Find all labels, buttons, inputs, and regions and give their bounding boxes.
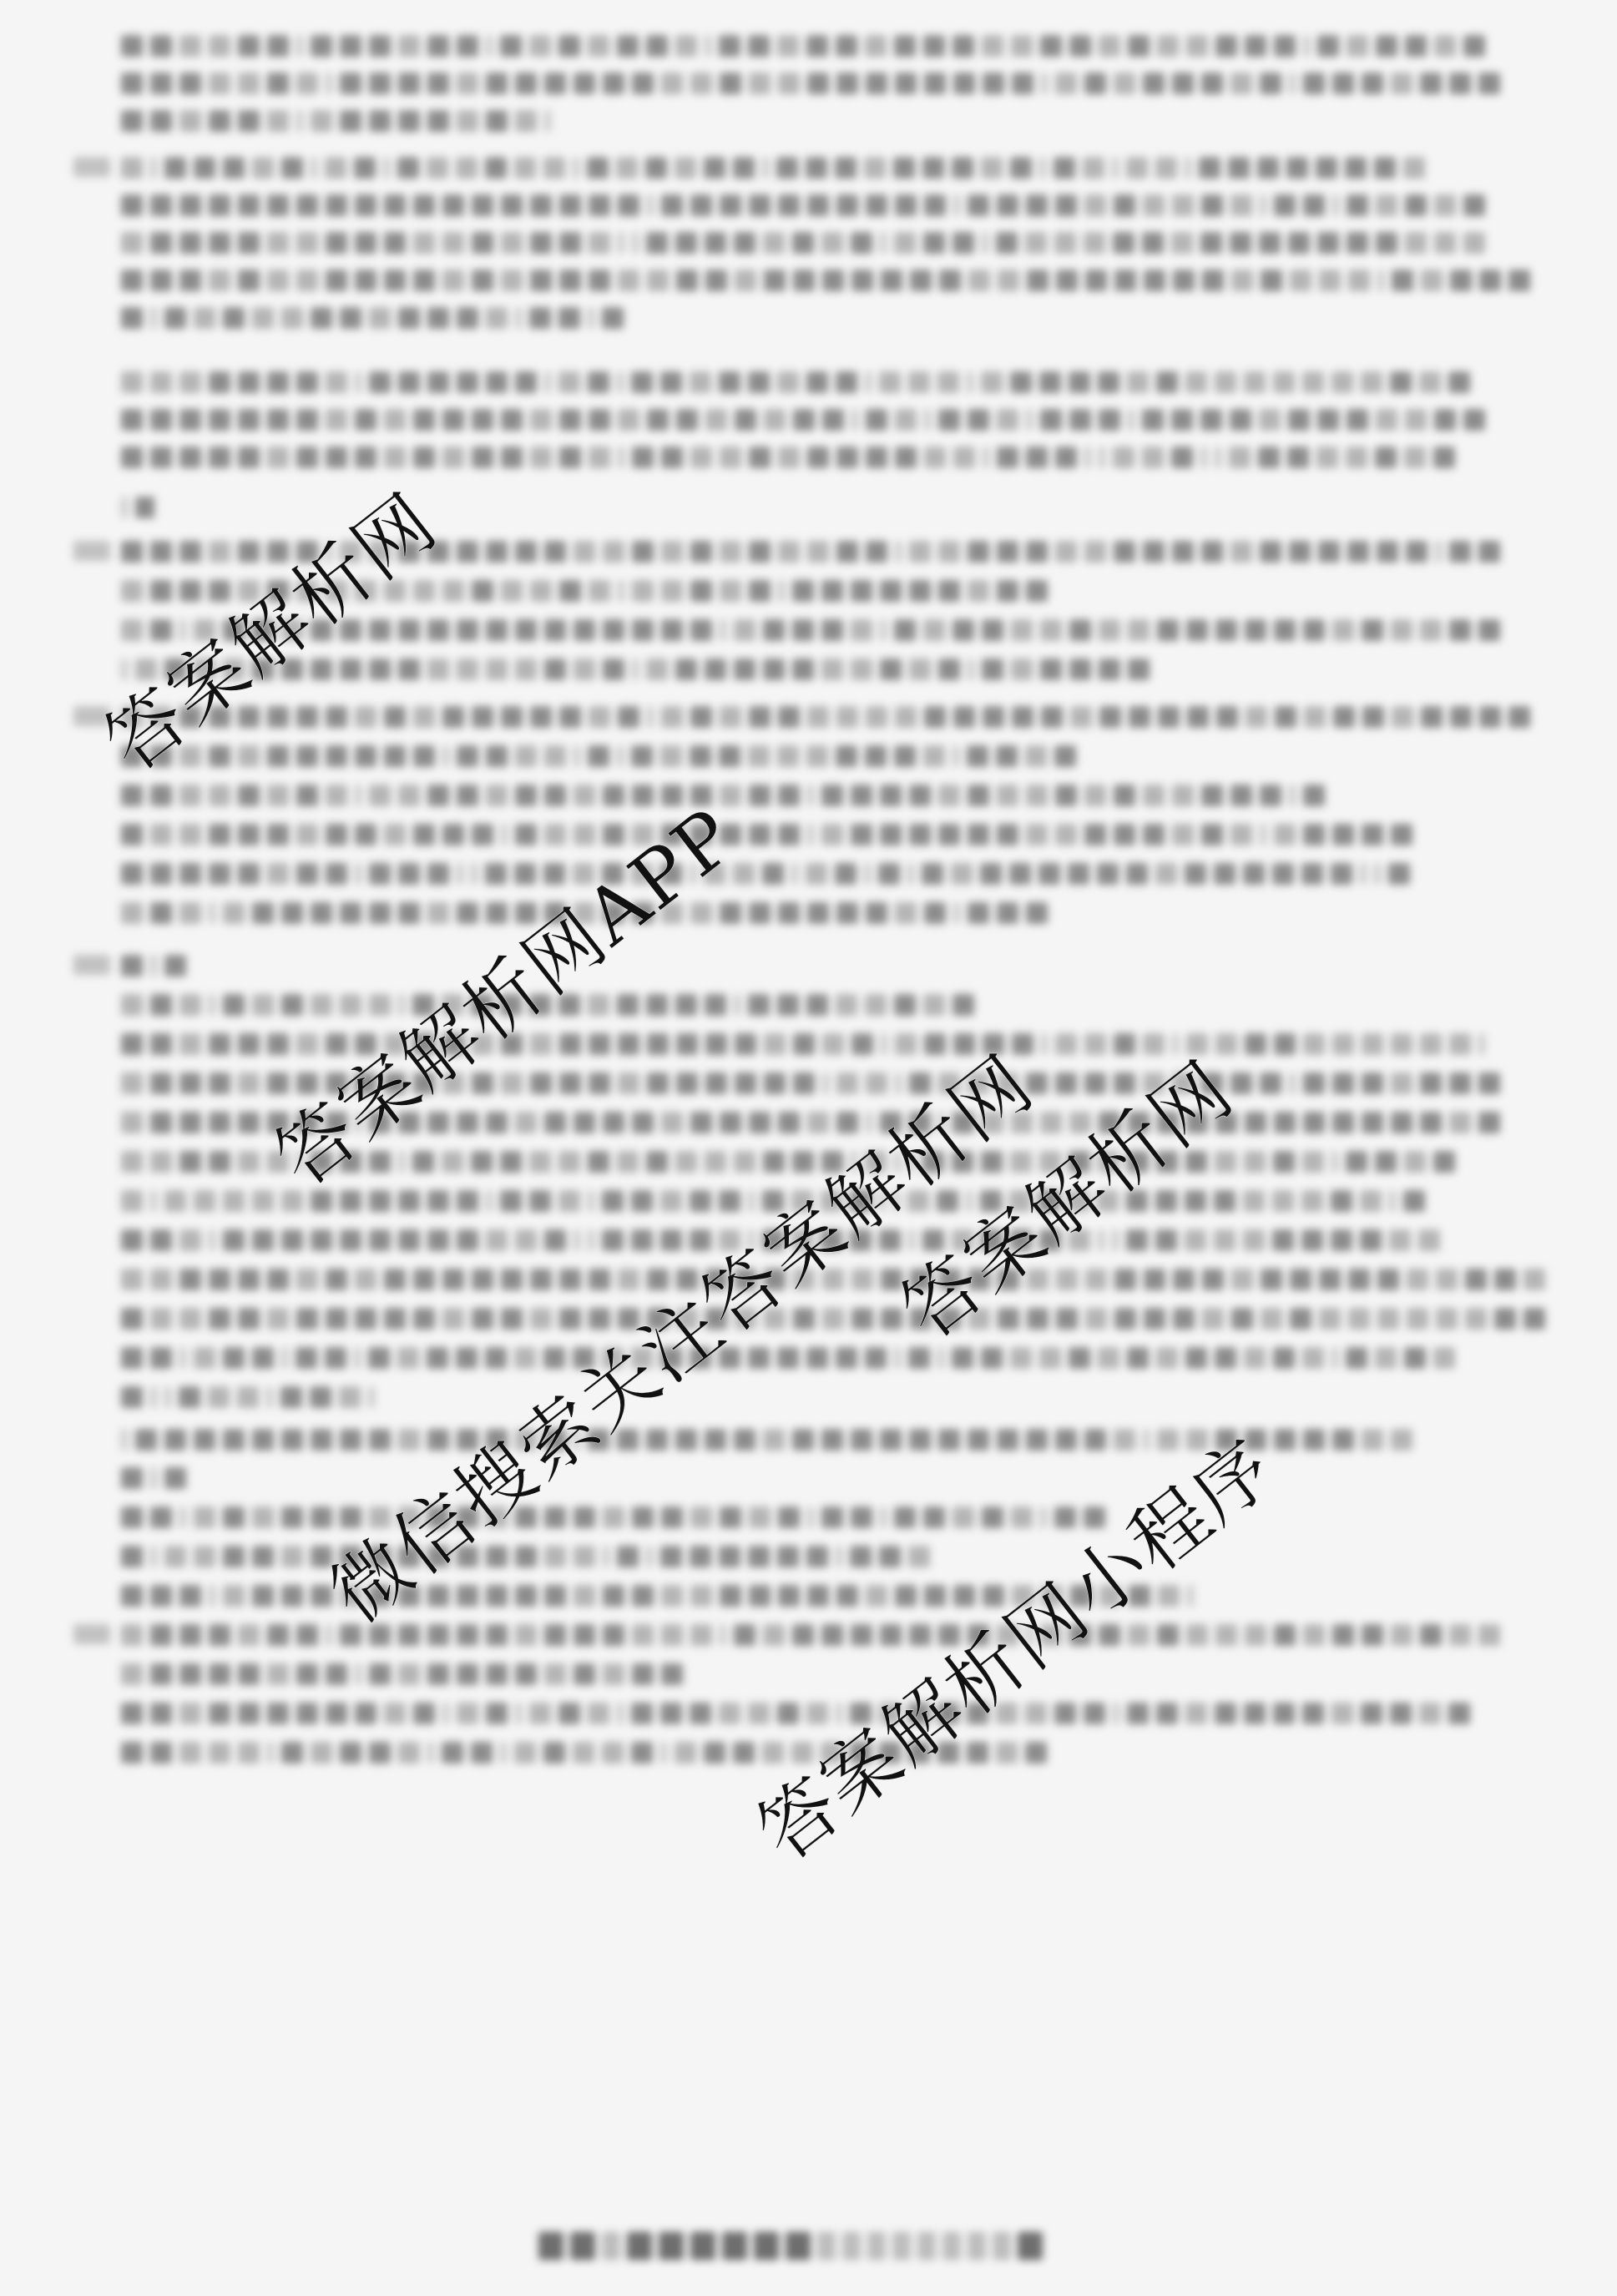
question-number (73, 541, 110, 561)
question-number (73, 955, 110, 975)
text-line (121, 1546, 989, 1567)
text-line (121, 706, 1546, 728)
text-line (121, 863, 1546, 885)
text-line (121, 1386, 422, 1408)
text-line (121, 1308, 1546, 1330)
text-line (121, 497, 154, 518)
text-line (121, 110, 576, 132)
text-line (121, 1703, 1546, 1724)
text-line (121, 955, 192, 976)
page-footer-blurred (538, 2231, 1081, 2261)
text-line (121, 409, 1546, 431)
text-line (121, 785, 1352, 806)
text-line (121, 307, 672, 329)
text-line (121, 1467, 196, 1489)
text-line (121, 1033, 1546, 1055)
text-line (121, 371, 1546, 393)
text-line (121, 194, 1546, 216)
text-line (121, 1429, 1461, 1451)
text-line (121, 745, 1144, 767)
text-line (121, 447, 1546, 468)
text-line (121, 73, 1546, 94)
text-line (121, 1663, 689, 1685)
question-number (73, 157, 110, 177)
text-line (121, 1506, 1156, 1528)
watermark-text: 答案解析网小程序 (745, 1427, 1287, 1874)
text-line (121, 157, 1546, 179)
answer-key-page: 答案解析网答案解析网APP答案解析网微信搜索关注答案解析网答案解析网小程序 (0, 0, 1617, 2296)
text-line (121, 35, 1546, 57)
text-line (121, 232, 1546, 254)
question-number (73, 1624, 110, 1644)
text-line (121, 270, 1546, 291)
text-line (121, 1347, 1546, 1369)
text-line (121, 1624, 1546, 1646)
text-line (121, 824, 1444, 845)
